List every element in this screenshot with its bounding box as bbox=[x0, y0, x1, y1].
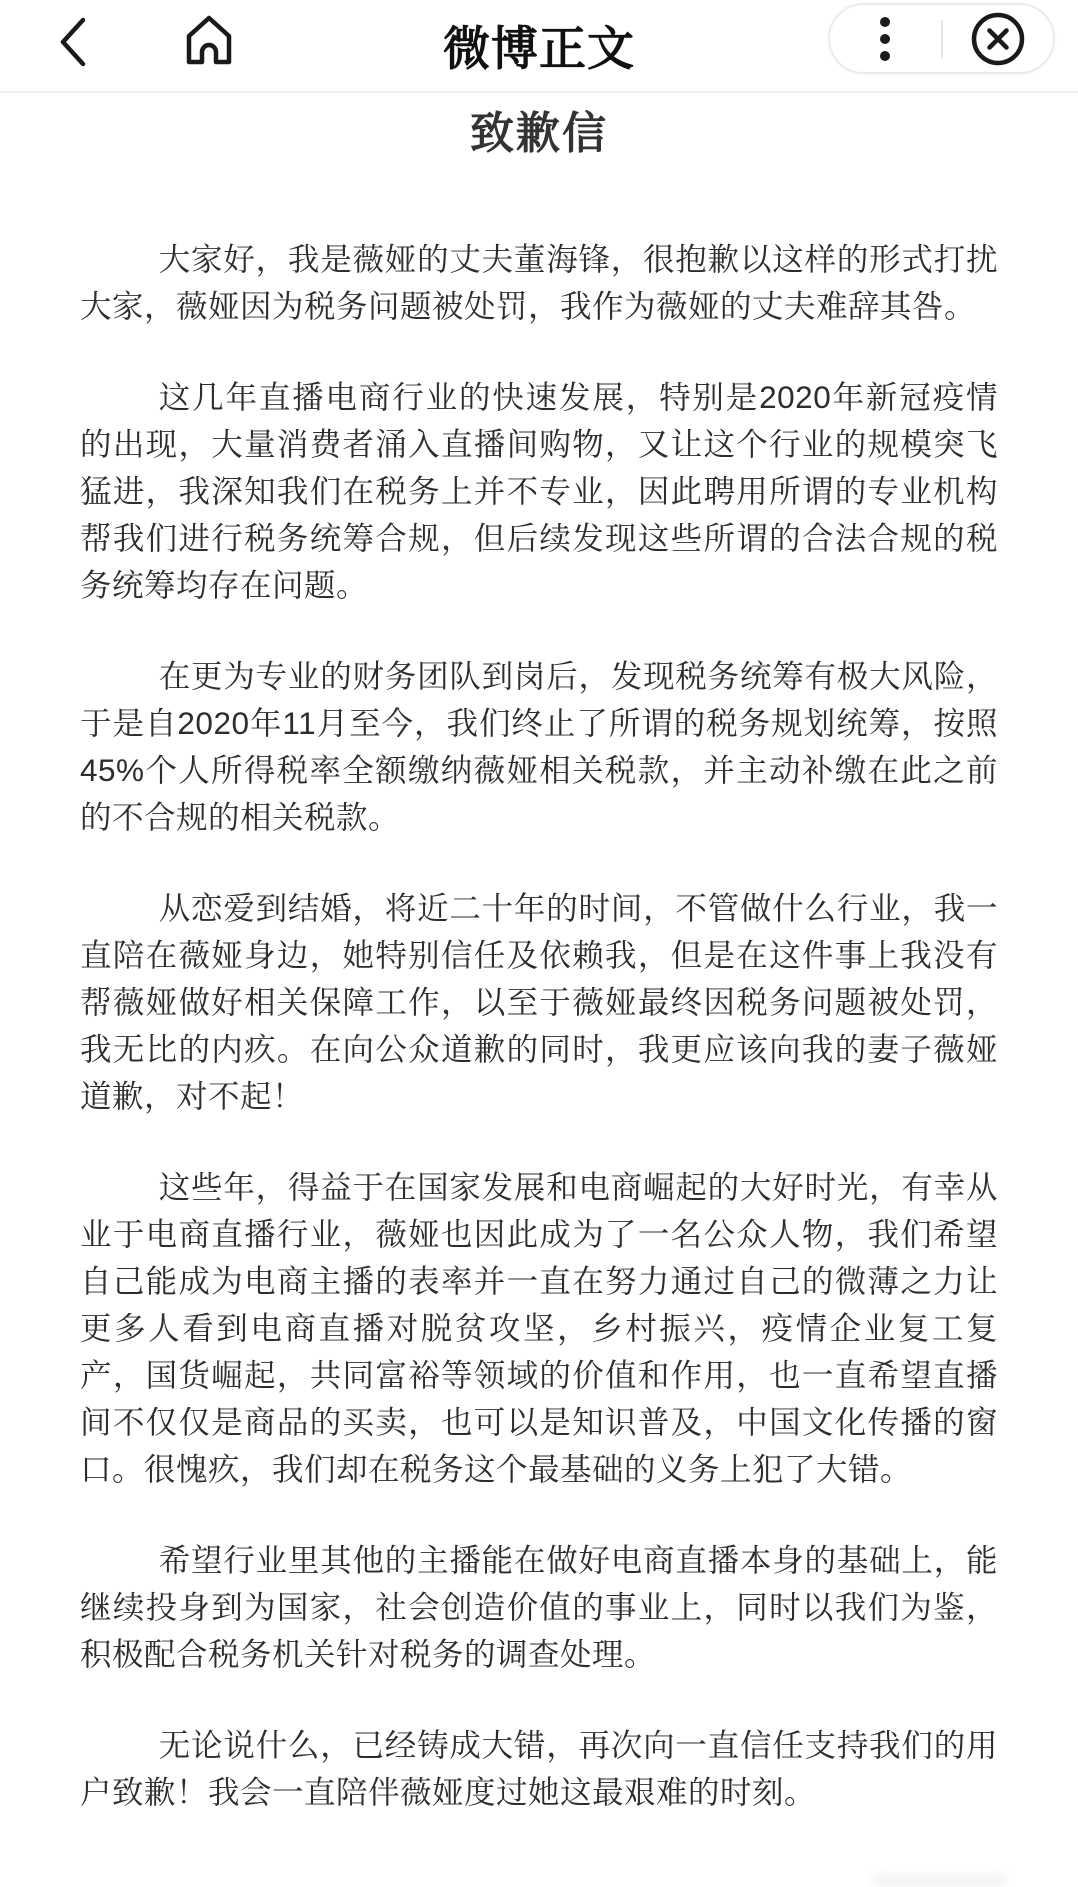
chevron-left-icon bbox=[56, 57, 88, 72]
letter-paragraph: 这些年，得益于在国家发展和电商崛起的大好时光，有幸从业于电商直播行业，薇娅也因此… bbox=[80, 1164, 998, 1493]
close-circle-icon bbox=[969, 10, 1027, 68]
letter-paragraph: 希望行业里其他的主播能在做好电商直播本身的基础上，能继续投身到为国家，社会创造价… bbox=[80, 1537, 998, 1678]
home-icon bbox=[180, 57, 238, 72]
letter-paragraph: 从恋爱到结婚，将近二十年的时间，不管做什么行业，我一直陪在薇娅身边，她特别信任及… bbox=[80, 885, 998, 1120]
letter-paragraph: 这几年直播电商行业的快速发展，特别是2020年新冠疫情的出现，大量消费者涌入直播… bbox=[80, 374, 998, 609]
letter-paragraph: 在更为专业的财务团队到岗后，发现税务统筹有极大风险，于是自2020年11月至今，… bbox=[80, 653, 998, 841]
app-capsule bbox=[828, 3, 1055, 74]
kebab-menu-icon bbox=[878, 13, 892, 65]
more-menu-button[interactable] bbox=[830, 5, 941, 72]
close-button[interactable] bbox=[943, 5, 1054, 72]
post-content: 致歉信 大家好，我是薇娅的丈夫董海锋，很抱歉以这样的形式打扰大家，薇娅因为税务问… bbox=[0, 102, 1078, 1816]
letter-paragraph: 大家好，我是薇娅的丈夫董海锋，很抱歉以这样的形式打扰大家，薇娅因为税务问题被处罚… bbox=[80, 236, 998, 330]
top-navigation-bar: 微博正文 bbox=[0, 0, 1078, 93]
letter-title: 致歉信 bbox=[80, 102, 998, 166]
letter-paragraph: 无论说什么，已经铸成大错，再次向一直信任支持我们的用户致歉！我会一直陪伴薇娅度过… bbox=[80, 1722, 998, 1816]
back-button[interactable] bbox=[56, 15, 88, 69]
faint-bottom-artifact bbox=[872, 1874, 1007, 1887]
home-button[interactable] bbox=[180, 13, 238, 69]
letter-body: 大家好，我是薇娅的丈夫董海锋，很抱歉以这样的形式打扰大家，薇娅因为税务问题被处罚… bbox=[80, 236, 998, 1816]
